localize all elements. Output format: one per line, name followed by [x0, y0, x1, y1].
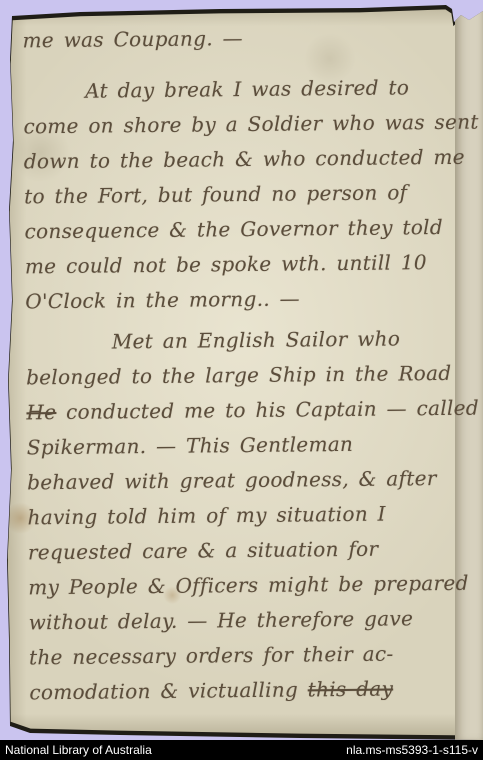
line-text: Met an English Sailor who: [112, 326, 401, 353]
line-text: At day break I was desired to: [85, 75, 409, 102]
footer-library-name: National Library of Australia: [5, 740, 152, 760]
line-text: me could not be spoke wth. untill 10: [25, 250, 427, 278]
line-text: O'Clock in the morng.. —: [25, 286, 300, 313]
line-text: comodation & victualling: [29, 677, 308, 704]
manuscript-line: consequence & the Governor they told: [24, 210, 471, 250]
manuscript-line: the necessary orders for their ac-: [29, 636, 476, 676]
line-text: to the Fort, but found no person of: [24, 180, 407, 208]
footer-image-id: nla.ms-ms5393-1-s115-v: [346, 740, 478, 760]
struck-text: He: [26, 400, 56, 424]
manuscript-viewer: me was Coupang. — At day break I was des…: [0, 0, 483, 760]
manuscript-line: O'Clock in the morng.. —: [25, 280, 472, 320]
line-text: without delay. — He therefore gave: [29, 606, 414, 634]
manuscript-line: requested care & a situation for: [28, 531, 475, 571]
handwriting-block: me was Coupang. — At day break I was des…: [22, 19, 476, 711]
line-text: belonged to the large Ship in the Road: [26, 361, 452, 389]
line-text: having told him of my situation I: [27, 502, 385, 530]
manuscript-line: down to the beach & who conducted me: [24, 140, 471, 180]
manuscript-page: me was Coupang. — At day break I was des…: [0, 0, 483, 740]
manuscript-line: me could not be spoke wth. untill 10: [25, 245, 472, 285]
line-text: the necessary orders for their ac-: [29, 642, 394, 670]
manuscript-line: behaved with great goodness, & after: [27, 461, 474, 501]
manuscript-line: At day break I was desired to: [23, 70, 470, 110]
manuscript-line: having told him of my situation I: [27, 496, 474, 536]
line-text: me was Coupang. —: [22, 26, 243, 52]
line-text: consequence & the Governor they told: [24, 215, 443, 243]
line-text: come on shore by a Soldier who was sent: [23, 110, 478, 139]
manuscript-line: come on shore by a Soldier who was sent: [23, 105, 470, 145]
line-text: behaved with great goodness, & after: [27, 466, 437, 494]
line-text: conducted me to his Captain — called: [56, 396, 479, 424]
manuscript-line: Met an English Sailor who: [26, 321, 473, 361]
manuscript-line: to the Fort, but found no person of: [24, 175, 471, 215]
manuscript-line: comodation & victualling this day: [29, 671, 476, 711]
line-text: requested care & a situation for: [28, 537, 379, 565]
manuscript-line: He conducted me to his Captain — called: [26, 391, 473, 431]
manuscript-line: my People & Officers might be prepared: [28, 566, 475, 606]
manuscript-line: without delay. — He therefore gave: [29, 601, 476, 641]
manuscript-line: Spikerman. — This Gentleman: [27, 426, 474, 466]
line-text: down to the beach & who conducted me: [24, 145, 465, 174]
manuscript-line: belonged to the large Ship in the Road: [26, 356, 473, 396]
footer-bar: National Library of Australia nla.ms-ms5…: [0, 740, 483, 760]
line-text: my People & Officers might be prepared: [28, 571, 469, 600]
manuscript-line: me was Coupang. —: [22, 19, 469, 59]
struck-text: this day: [308, 677, 394, 702]
line-text: Spikerman. — This Gentleman: [27, 432, 354, 459]
